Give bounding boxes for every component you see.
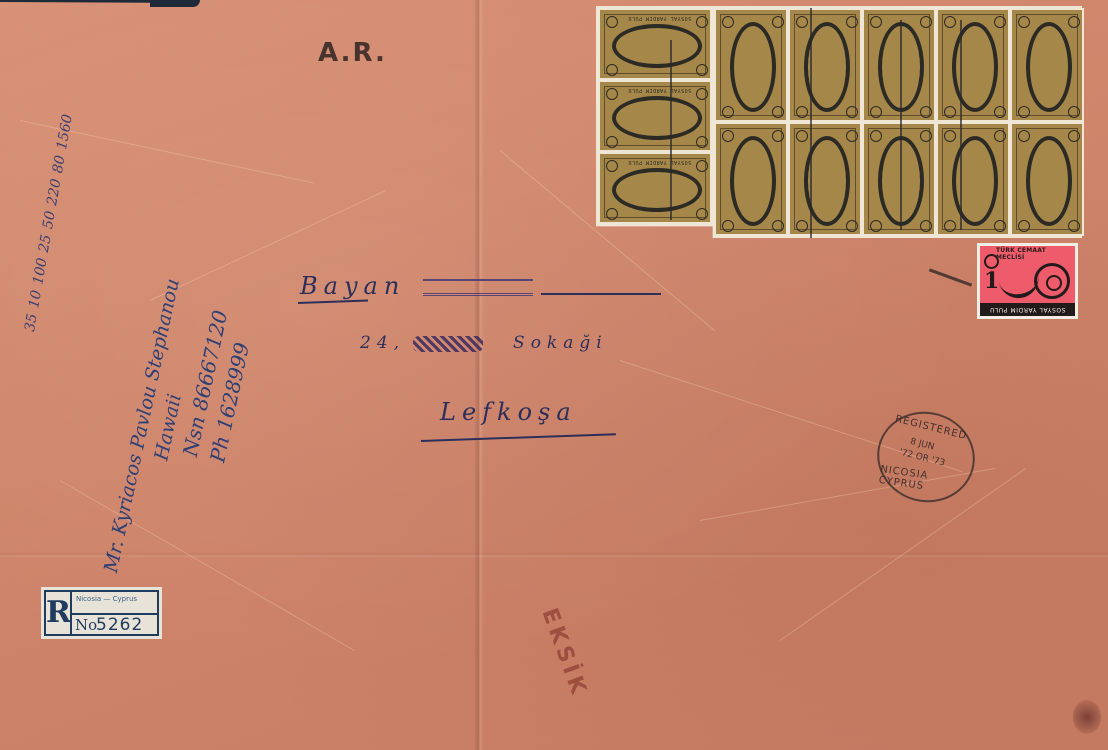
rosette-icon <box>606 136 618 148</box>
charity-stamp: SOSYAL YARDIM PULU <box>788 8 862 122</box>
rosette-icon <box>696 136 708 148</box>
charity-stamp: SOSYAL YARDIM PULU <box>936 122 1010 236</box>
rosette-icon <box>870 220 882 232</box>
rosette-icon <box>796 106 808 118</box>
rosette-icon <box>606 160 618 172</box>
charity-stamp: SOSYAL YARDIM PULU <box>788 122 862 236</box>
redacted-street-scribble <box>413 336 483 352</box>
charity-stamp: SOSYAL YARDIM PULU <box>1010 122 1084 236</box>
charity-stamp: SOSYAL YARDIM PULU <box>714 122 788 236</box>
registration-number: 5262 <box>96 615 143 635</box>
rosette-icon <box>846 106 858 118</box>
rosette-icon <box>1018 130 1030 142</box>
rosette-icon <box>696 16 708 28</box>
charity-stamp: SOSYAL YARDIM PULU <box>936 8 1010 122</box>
stadium-oval-icon <box>612 168 702 212</box>
rosette-icon <box>696 64 708 76</box>
rosette-icon <box>846 220 858 232</box>
rosette-icon <box>1068 220 1080 232</box>
stadium-oval-icon <box>730 22 776 112</box>
rosette-icon <box>772 220 784 232</box>
rosette-icon <box>944 130 956 142</box>
rosette-icon <box>772 16 784 28</box>
rosette-icon <box>1068 16 1080 28</box>
rosette-icon <box>1018 16 1030 28</box>
registration-info: Nicosia — Cyprus No 5262 <box>72 592 157 634</box>
rosette-icon <box>846 130 858 142</box>
wheel-icon <box>1034 263 1070 299</box>
rosette-icon <box>722 220 734 232</box>
calc-value: 25 <box>36 233 55 253</box>
charity-stamp: SOSYAL YARDIM PULU <box>598 152 712 224</box>
calc-value: 80 <box>50 154 69 174</box>
rosette-icon <box>994 16 1006 28</box>
rosette-icon <box>920 16 932 28</box>
stadium-oval-icon <box>612 24 702 68</box>
charity-stamp: SOSYAL YARDIM PULU <box>862 8 936 122</box>
calc-value: 50 <box>40 210 59 230</box>
rosette-icon <box>696 208 708 220</box>
rosette-icon <box>606 88 618 100</box>
rosette-icon <box>796 130 808 142</box>
rosette-icon <box>1018 106 1030 118</box>
registration-office: Nicosia — Cyprus <box>76 595 137 603</box>
rosette-icon <box>870 106 882 118</box>
recipient-surname-redacted <box>541 281 661 295</box>
rosette-icon <box>920 130 932 142</box>
cancellation-mark <box>670 40 672 220</box>
recipient-salutation: Bayan <box>300 272 405 300</box>
charity-stamp: SOSYAL YARDIM PULU <box>598 8 712 80</box>
charity-stamp: SOSYAL YARDIM PULU <box>714 8 788 122</box>
street-number: 24, <box>360 333 405 353</box>
rosette-icon <box>994 130 1006 142</box>
rosette-icon <box>722 16 734 28</box>
rosette-icon <box>944 106 956 118</box>
calc-value: 35 <box>22 312 41 332</box>
stadium-oval-icon <box>952 136 998 226</box>
rosette-icon <box>1068 106 1080 118</box>
rosette-icon <box>944 220 956 232</box>
pink-stamp-face: TÜRK CEMAAT MECLİSİ 1 SOSYAL YARDIM PULU <box>980 246 1075 316</box>
pink-stamp-value: 1 <box>984 268 999 294</box>
rosette-icon <box>696 88 708 100</box>
ar-service-mark: A.R. <box>318 38 387 68</box>
recipient-line-1: Bayan <box>300 272 661 300</box>
rosette-icon <box>846 16 858 28</box>
registration-label: R Nicosia — Cyprus No 5262 <box>41 587 162 639</box>
rosette-icon <box>870 16 882 28</box>
charity-stamp: SOSYAL YARDIM PULU <box>598 80 712 152</box>
rosette-icon <box>722 106 734 118</box>
rosette-icon <box>1018 220 1030 232</box>
rosette-icon <box>722 130 734 142</box>
redacted-name-scribble <box>423 279 533 296</box>
stadium-oval-icon <box>612 96 702 140</box>
rosette-icon <box>606 64 618 76</box>
stamp-inscription: SOSYAL YARDIM PULU <box>628 87 691 93</box>
registration-number-box: No 5262 <box>72 613 157 634</box>
rosette-icon <box>920 220 932 232</box>
rosette-icon <box>920 106 932 118</box>
vertical-fold-crease <box>474 0 484 750</box>
postmark-date-2: '72 OR '73 <box>898 448 946 469</box>
rosette-icon <box>772 130 784 142</box>
rosette-icon <box>1068 130 1080 142</box>
rosette-icon <box>994 220 1006 232</box>
pink-stamp-bottom-text: SOSYAL YARDIM PULU <box>980 303 1075 316</box>
cancellation-mark <box>960 20 962 230</box>
registration-no-prefix: No <box>75 616 97 634</box>
stadium-oval-icon <box>730 136 776 226</box>
cancellation-mark <box>900 20 902 230</box>
rosette-icon <box>944 16 956 28</box>
torn-edge <box>150 0 200 7</box>
pink-stamp-title: TÜRK CEMAAT MECLİSİ <box>996 247 1075 261</box>
rosette-icon <box>796 16 808 28</box>
stadium-oval-icon <box>1026 136 1072 226</box>
registration-letter: R <box>46 592 72 634</box>
calc-value: 10 <box>26 289 45 309</box>
stamp-inscription: SOSYAL YARDIM PULU <box>628 15 691 21</box>
recipient-line-2: 24,Sokaği <box>360 333 608 353</box>
rosette-icon <box>606 16 618 28</box>
charity-stamp: SOSYAL YARDIM PULU <box>862 122 936 236</box>
rosette-icon <box>796 220 808 232</box>
stamp-inscription: SOSYAL YARDIM PULU <box>628 159 691 165</box>
registration-label-border: R Nicosia — Cyprus No 5262 <box>44 590 159 636</box>
charity-stamp: SOSYAL YARDIM PULU <box>1010 8 1084 122</box>
recipient-city: Lefkoşa <box>440 398 577 426</box>
rosette-icon <box>696 160 708 172</box>
stadium-oval-icon <box>1026 22 1072 112</box>
ink-stain <box>1073 700 1101 734</box>
street-suffix: Sokaği <box>513 333 608 353</box>
rosette-icon <box>606 208 618 220</box>
pink-charity-stamp: TÜRK CEMAAT MECLİSİ 1 SOSYAL YARDIM PULU <box>977 243 1078 319</box>
cancellation-mark <box>810 8 812 238</box>
rosette-icon <box>772 106 784 118</box>
stadium-oval-icon <box>952 22 998 112</box>
rosette-icon <box>870 130 882 142</box>
rosette-icon <box>994 106 1006 118</box>
